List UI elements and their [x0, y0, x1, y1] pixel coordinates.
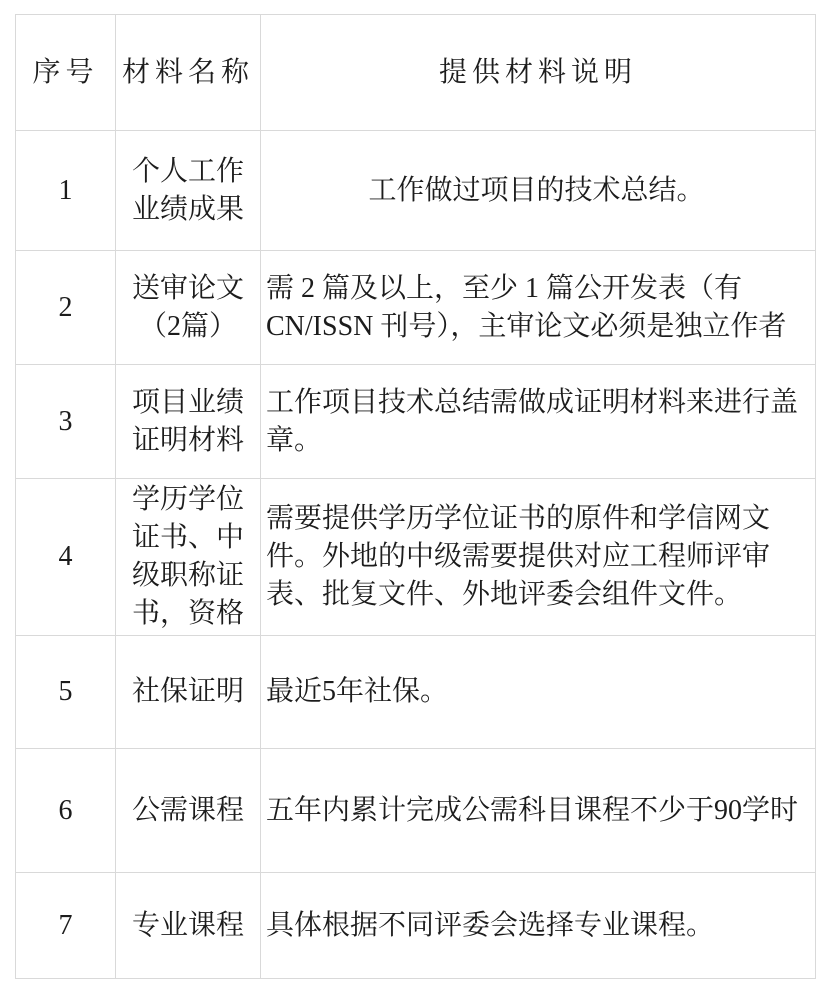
table-row: 3 项目业绩 证明材料 工作项目技术总结需做成证明材料来进行盖章。	[16, 365, 816, 479]
seq-cell: 1	[16, 131, 116, 251]
name-cell: 学历学位 证书、中 级职称证 书，资格	[116, 479, 261, 636]
seq-cell: 7	[16, 873, 116, 979]
header-name: 材料名称	[116, 15, 261, 131]
name-cell: 专业课程	[116, 873, 261, 979]
desc-cell: 最近5年社保。	[261, 636, 816, 749]
material-requirements-table: 序号 材料名称 提供材料说明 1 个人工作 业绩成果 工作做过项目的技术总结。 …	[15, 14, 816, 979]
name-cell: 个人工作 业绩成果	[116, 131, 261, 251]
desc-cell: 需要提供学历学位证书的原件和学信网文件。外地的中级需要提供对应工程师评审表、批复…	[261, 479, 816, 636]
desc-cell: 工作项目技术总结需做成证明材料来进行盖章。	[261, 365, 816, 479]
name-cell: 公需课程	[116, 749, 261, 873]
header-desc: 提供材料说明	[261, 15, 816, 131]
desc-cell: 五年内累计完成公需科目课程不少于90学时	[261, 749, 816, 873]
table-row: 5 社保证明 最近5年社保。	[16, 636, 816, 749]
seq-cell: 3	[16, 365, 116, 479]
seq-cell: 4	[16, 479, 116, 636]
header-seq: 序号	[16, 15, 116, 131]
seq-cell: 5	[16, 636, 116, 749]
desc-cell: 具体根据不同评委会选择专业课程。	[261, 873, 816, 979]
table-row: 6 公需课程 五年内累计完成公需科目课程不少于90学时	[16, 749, 816, 873]
table-row: 4 学历学位 证书、中 级职称证 书，资格 需要提供学历学位证书的原件和学信网文…	[16, 479, 816, 636]
desc-cell: 需 2 篇及以上，至少 1 篇公开发表（有CN/ISSN 刊号），主审论文必须是…	[261, 251, 816, 365]
table-row: 1 个人工作 业绩成果 工作做过项目的技术总结。	[16, 131, 816, 251]
name-cell: 送审论文 （2篇）	[116, 251, 261, 365]
name-cell: 社保证明	[116, 636, 261, 749]
name-cell: 项目业绩 证明材料	[116, 365, 261, 479]
table-row: 2 送审论文 （2篇） 需 2 篇及以上，至少 1 篇公开发表（有CN/ISSN…	[16, 251, 816, 365]
table-header-row: 序号 材料名称 提供材料说明	[16, 15, 816, 131]
seq-cell: 6	[16, 749, 116, 873]
seq-cell: 2	[16, 251, 116, 365]
table-row: 7 专业课程 具体根据不同评委会选择专业课程。	[16, 873, 816, 979]
page: 序号 材料名称 提供材料说明 1 个人工作 业绩成果 工作做过项目的技术总结。 …	[0, 0, 832, 988]
desc-cell: 工作做过项目的技术总结。	[261, 131, 816, 251]
